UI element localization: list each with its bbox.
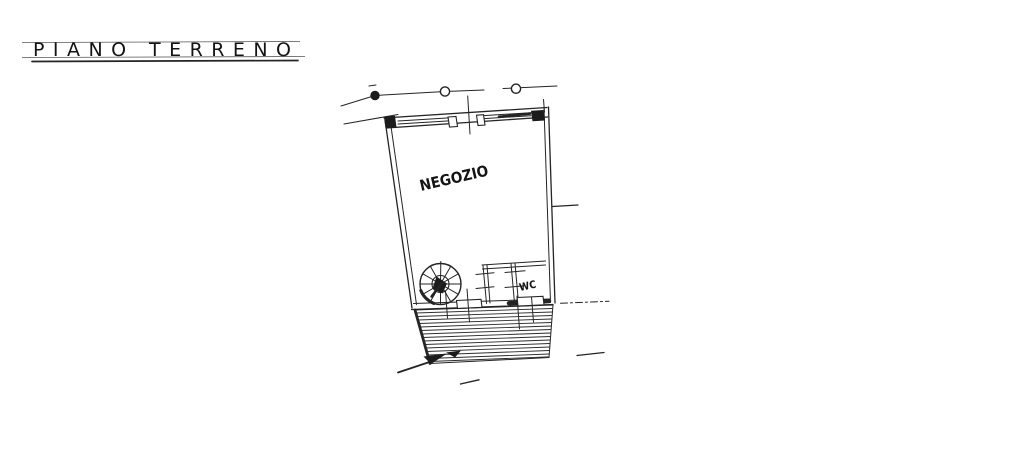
wc-left-wall — [483, 266, 487, 304]
left-wall-outer — [385, 120, 412, 308]
mullion-block — [477, 115, 486, 126]
window-glazing-line — [398, 118, 449, 121]
corner-mullion-block — [384, 116, 397, 129]
boundary-post-icon — [511, 84, 520, 93]
spiral-staircase-icon — [420, 262, 461, 305]
top-wall-inner — [387, 117, 548, 128]
wc-top-wall-inner — [483, 265, 546, 269]
mullion-block — [448, 117, 458, 128]
wc-door-tick — [476, 273, 494, 275]
reference-tick — [577, 353, 604, 356]
steps-tail-line — [398, 363, 428, 373]
entrance-door-axis-tick — [468, 96, 470, 134]
steps-left-edge — [415, 310, 430, 364]
dashed-boundary-line — [561, 301, 610, 303]
left-wall-inner — [390, 120, 417, 305]
wc-partition-wall — [511, 264, 515, 304]
hatched-steps-area — [398, 305, 553, 384]
wc-room-label: WC — [518, 279, 537, 294]
boundary-dash — [369, 85, 376, 86]
boundary-post-icon — [440, 87, 449, 96]
corner-mullion-block — [531, 110, 545, 121]
shopfront-windows — [384, 96, 545, 134]
site-reference-lines — [553, 205, 610, 356]
wc-door-tick — [505, 271, 525, 273]
wc-top-wall-outer — [482, 261, 546, 265]
boundary-line-segment — [341, 90, 484, 106]
boundary-post-icon — [371, 91, 379, 99]
detached-dash — [461, 380, 480, 384]
door-sill — [517, 296, 544, 306]
reference-tick — [553, 205, 579, 207]
negozio-room-label: NEGOZIO — [418, 162, 490, 195]
scanned-floorplan-page: PIANO TERRENO — [0, 0, 1024, 457]
wc-left-wall — [487, 265, 490, 303]
door-sill — [457, 299, 483, 308]
floor-plan-drawing: PIANO TERRENO — [0, 0, 1024, 457]
page-title-block: PIANO TERRENO — [22, 39, 305, 62]
steps-hatching — [416, 309, 553, 362]
window-glazing-line — [398, 121, 449, 124]
